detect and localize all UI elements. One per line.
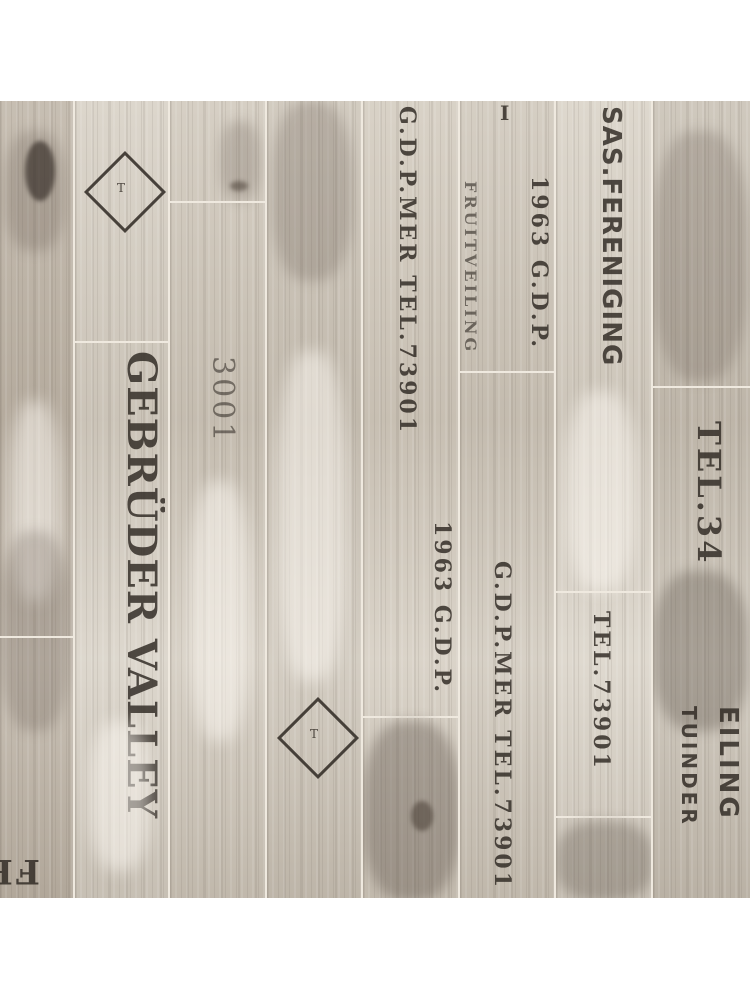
stamp-fri: FRI	[0, 851, 40, 891]
stamp-top-i: I	[500, 101, 512, 125]
stamp-tel: TEL.73901	[588, 611, 614, 771]
stamp-year-a: 1963 G.D.P.	[526, 176, 552, 350]
stamp-year-b: 1963 G.D.P.	[429, 521, 455, 695]
stamp-fruit-a: FRUITVEILING	[461, 181, 480, 354]
diamond-mark: T	[310, 727, 318, 741]
wood-planks-photo: FRI T GEBRÜDER VALLEY 3001 T G.D.P.MER T…	[0, 101, 750, 898]
stamp-number: 3001	[205, 356, 240, 444]
stamp-veiling: EILING	[713, 706, 743, 821]
diamond-mark: T	[117, 181, 125, 195]
stamp-vereniging: SAS.FERENIGING	[596, 106, 626, 366]
plank-8: TEL.34 EILING TUINDER	[653, 101, 750, 898]
plank-4: T	[267, 101, 363, 898]
stamp-tel-34: TEL.34	[690, 421, 728, 565]
plank-5: G.D.P.MER TEL.73901 1963 G.D.P.	[363, 101, 460, 898]
plank-3: 3001	[170, 101, 267, 898]
stamp-tuinder: TUINDER	[677, 706, 701, 827]
plank-7: SAS.FERENIGING TEL.73901	[556, 101, 653, 898]
stamp-gdp-code: G.D.P.MER TEL.73901	[394, 106, 420, 435]
plank-2: T GEBRÜDER VALLEY	[75, 101, 170, 898]
stamp-gdp-code-2: G.D.P.MER TEL.73901	[489, 561, 515, 890]
plank-6: I FRUITVEILING 1963 G.D.P. FRUITVEILING …	[460, 101, 556, 898]
plank-1: FRI	[0, 101, 75, 898]
